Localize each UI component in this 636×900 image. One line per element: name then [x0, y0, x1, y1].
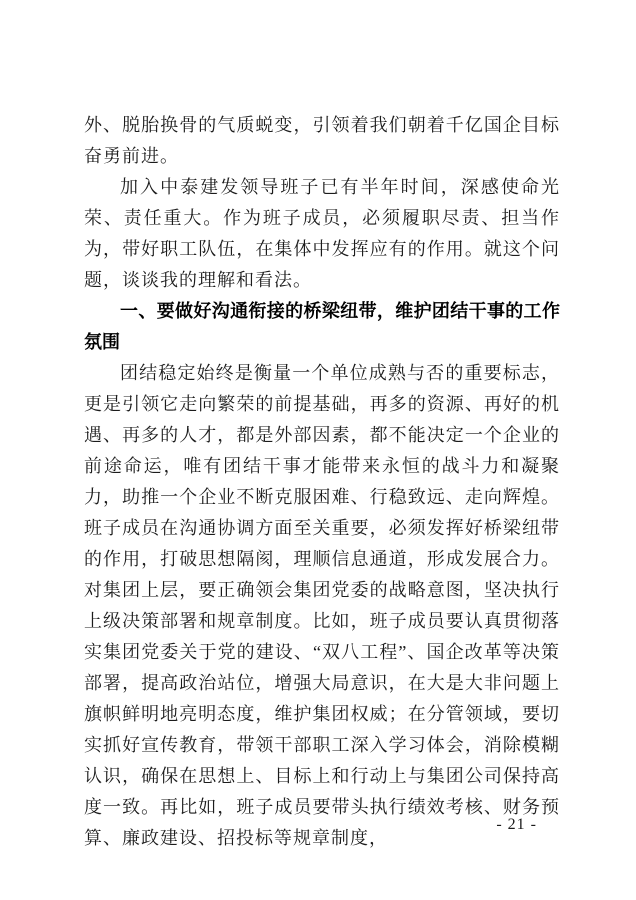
page-number: - 21 - [496, 816, 537, 834]
paragraph-continuation: 外、脱胎换骨的气质蜕变，引领着我们朝着千亿国企目标奋勇前进。 [84, 110, 560, 172]
document-page: 外、脱胎换骨的气质蜕变，引领着我们朝着千亿国企目标奋勇前进。 加入中泰建发领导班… [0, 0, 636, 900]
section-heading: 一、要做好沟通衔接的桥梁纽带，维护团结干事的工作氛围 [84, 296, 560, 358]
paragraph-intro: 加入中泰建发领导班子已有半年时间，深感使命光荣、责任重大。作为班子成员，必须履职… [84, 172, 560, 296]
paragraph-section-body: 团结稳定始终是衡量一个单位成熟与否的重要标志，更是引领它走向繁荣的前提基础，再多… [84, 358, 560, 854]
document-body: 外、脱胎换骨的气质蜕变，引领着我们朝着千亿国企目标奋勇前进。 加入中泰建发领导班… [84, 110, 560, 854]
